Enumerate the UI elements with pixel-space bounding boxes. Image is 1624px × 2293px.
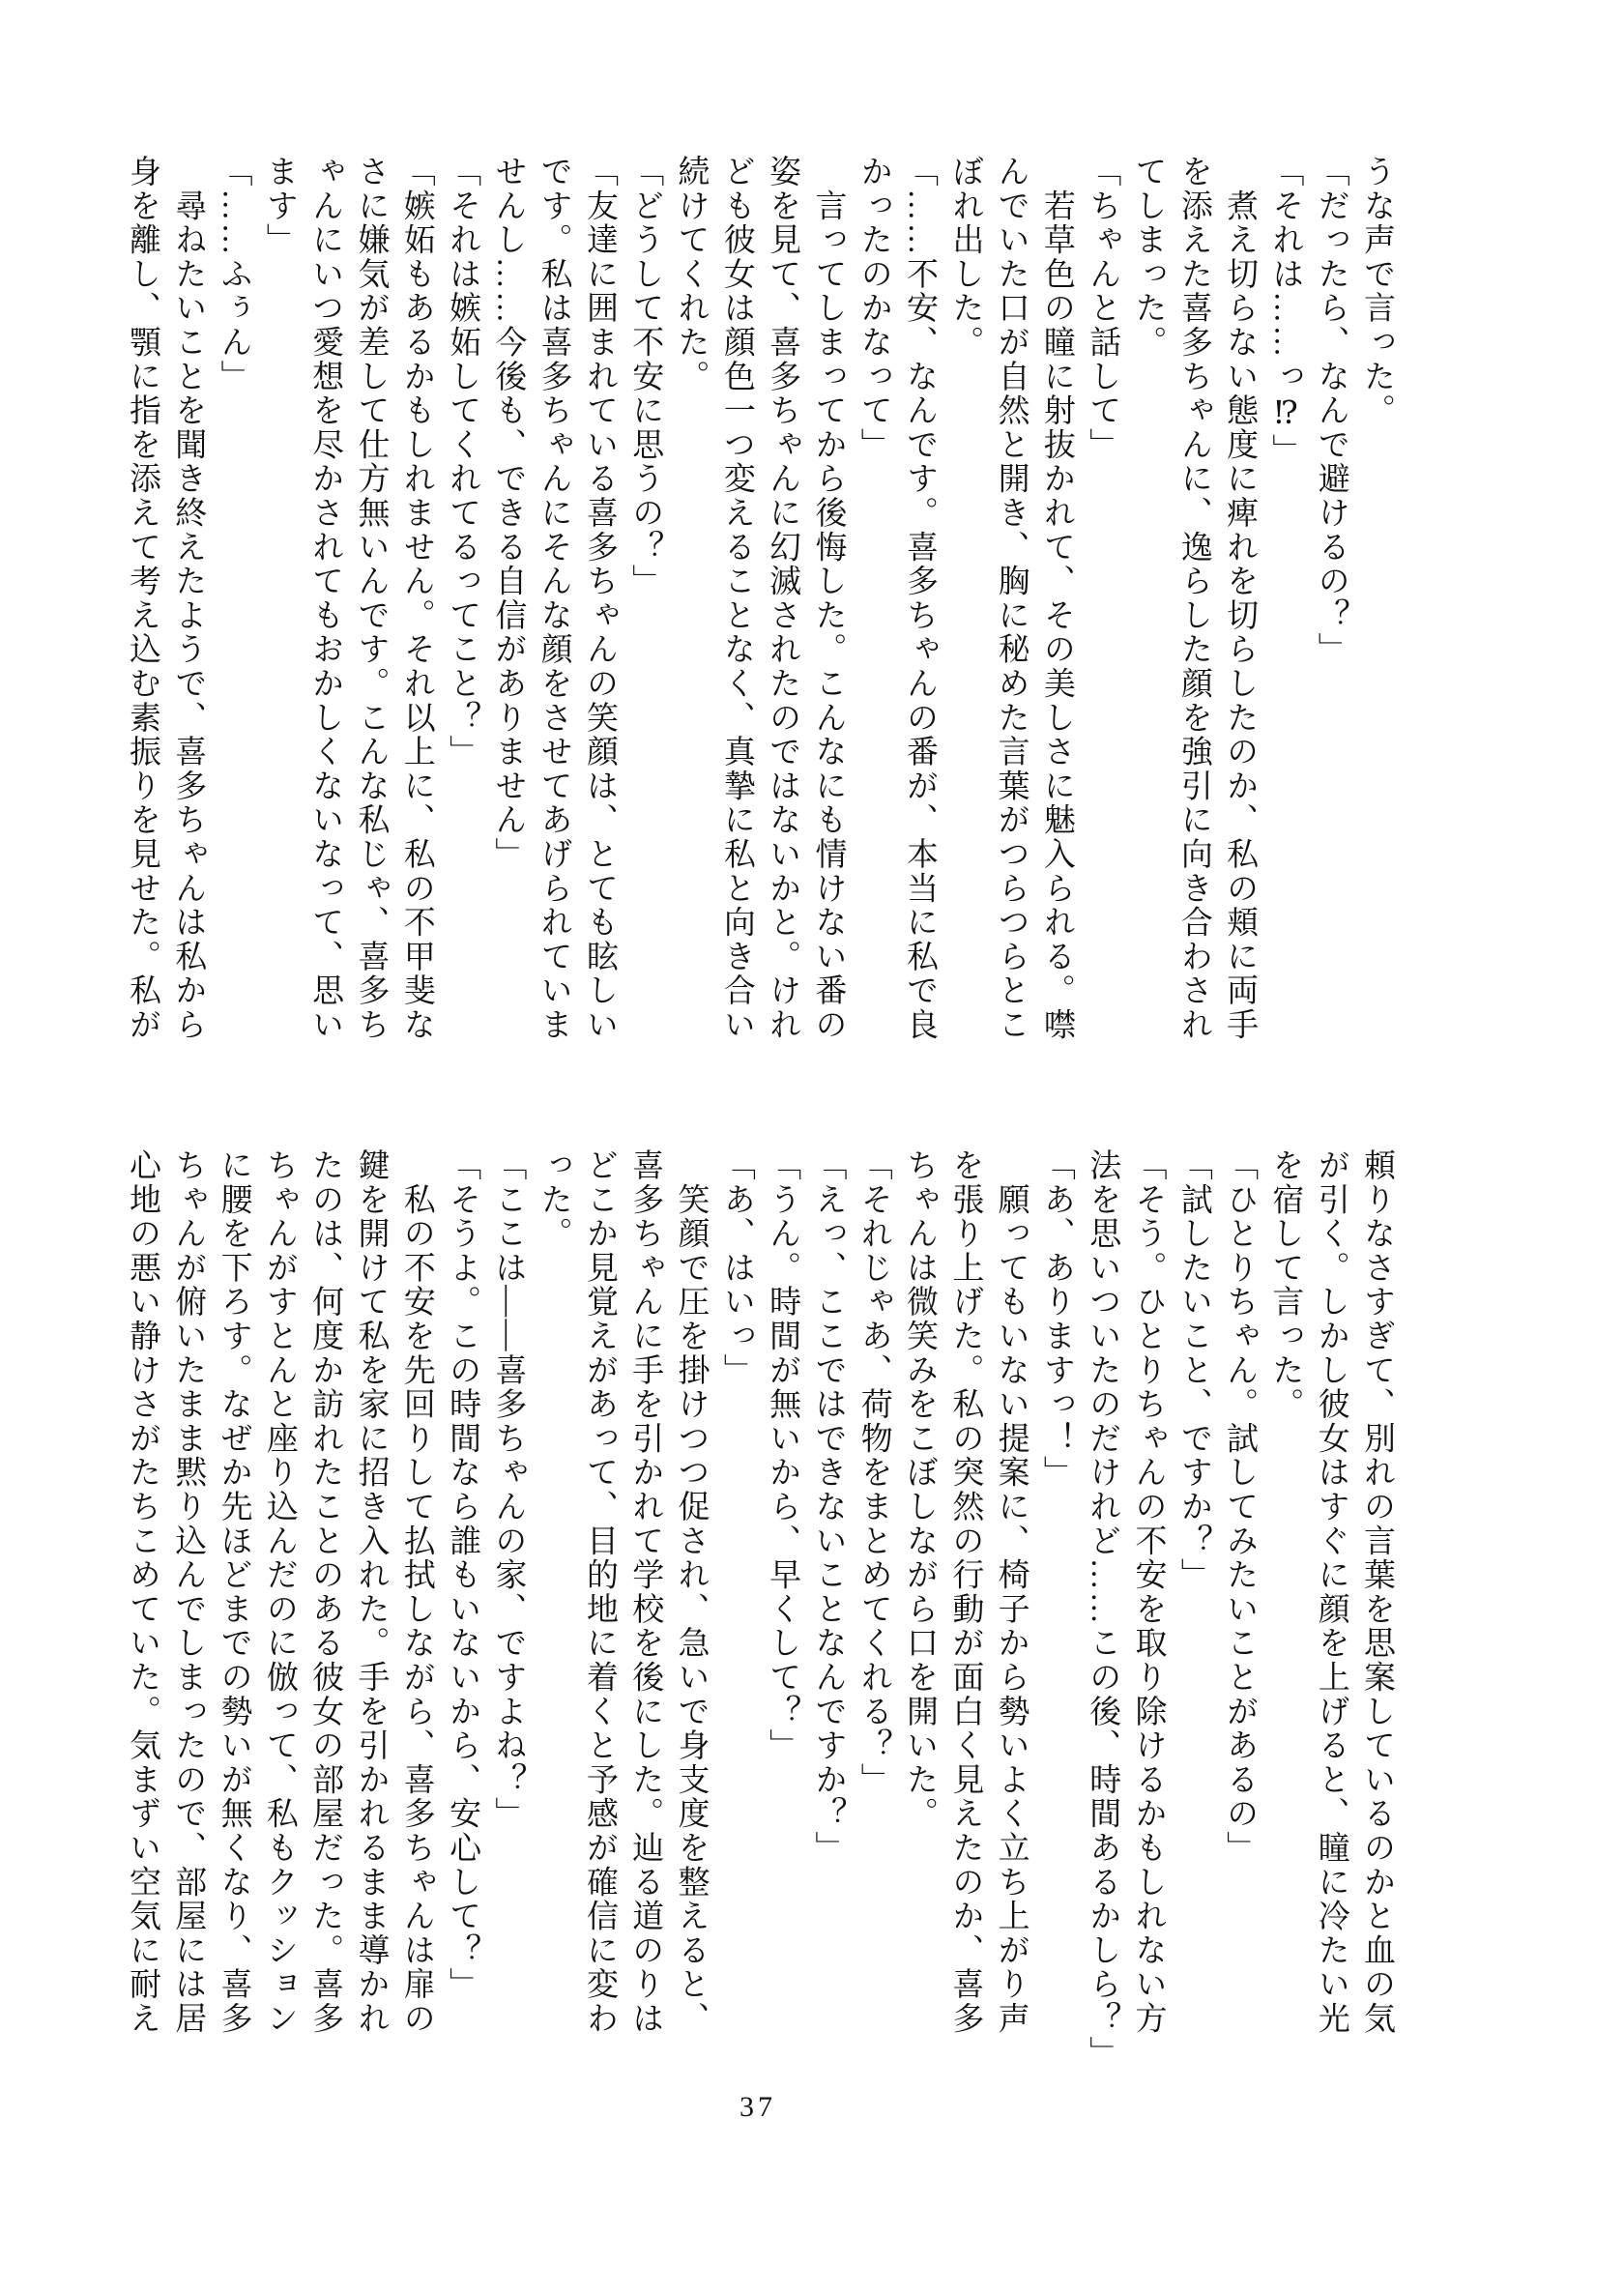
text-line: 「だったら、なんで避けるの？」 <box>1307 155 1352 1042</box>
text-line: 頼りなさすぎて、別れの言葉を思案しているのかと血の気 <box>1353 1148 1399 2036</box>
text-line: 言ってしまってから後悔した。こんなにも情けない番の <box>804 155 850 1042</box>
text-line: です。私は喜多ちゃんにそんな顔をさせてあげられていま <box>530 155 575 1042</box>
text-line: ぼれ出した。 <box>942 155 987 1042</box>
text-line: 「それは嫉妬してくれてるってこと？」 <box>439 155 484 1042</box>
text-line: たのは、何度か訪れたことのある彼女の部屋だった。喜多 <box>302 1148 347 2036</box>
text-line: さに嫌気が差して仕方無いんです。こんな私じゃ、喜多ち <box>347 155 392 1042</box>
text-line: 法を思いついたのだけれど……この後、時間あるかしら？」 <box>1079 1148 1124 2036</box>
text-line: 私の不安を先回りして払拭しながら、喜多ちゃんは扉の <box>392 1148 438 2036</box>
text-line: を添えた喜多ちゃんに、逸らした顔を強引に向き合わされ <box>1171 155 1216 1042</box>
text-line: った。 <box>530 1148 575 2036</box>
text-line: 「嫉妬もあるかもしれません。それ以上に、私の不甲斐な <box>392 155 438 1042</box>
text-line: ちゃんが俯いたまま黙り込んでしまったので、部屋には居 <box>164 1148 210 2036</box>
text-line: 「えっ、ここではできないことなんですか？」 <box>804 1148 850 2036</box>
text-line: てしまった。 <box>1124 155 1170 1042</box>
text-line: 尋ねたいことを聞き終えたようで、喜多ちゃんは私から <box>164 155 210 1042</box>
text-block-lower: 頼りなさすぎて、別れの言葉を思案しているのかと血の気が引く。しかし彼女はすぐに顔… <box>117 1148 1399 2036</box>
text-line: 願ってもいない提案に、椅子から勢いよく立ち上がり声 <box>987 1148 1032 2036</box>
text-line: 「それじゃあ、荷物をまとめてくれる？」 <box>850 1148 895 2036</box>
text-line: 「どうして不安に思うの？」 <box>622 155 667 1042</box>
text-line: 鍵を開けて私を家に招き入れた。手を引かれるまま導かれ <box>347 1148 392 2036</box>
text-line: を張り上げた。私の突然の行動が面白く見えたのか、喜多 <box>942 1148 987 2036</box>
text-line: 「……ふぅん」 <box>210 155 255 1042</box>
text-line: 「友達に囲まれている喜多ちゃんの笑顔は、とても眩しい <box>576 155 622 1042</box>
text-block-upper: うな声で言った。「だったら、なんで避けるの？」「それは……っ⁉」 煮え切らない態… <box>117 155 1399 1042</box>
page-number: 37 <box>117 2091 1399 2124</box>
text-line: 「うん。時間が無いから、早くして？」 <box>759 1148 804 2036</box>
text-line: 喜多ちゃんに手を引かれて学校を後にした。辿る道のりは <box>622 1148 667 2036</box>
text-line: せんし……今後も、できる自信がありません」 <box>484 155 530 1042</box>
text-line: 「あ、ありますっ！」 <box>1033 1148 1079 2036</box>
text-line: ます」 <box>256 155 302 1042</box>
text-line: 「そう。ひとりちゃんの不安を取り除けるかもしれない方 <box>1124 1148 1170 2036</box>
text-line: ども彼女は顔色一つ変えることなく、真摯に私と向き合い <box>713 155 759 1042</box>
text-line: 「……不安、なんです。喜多ちゃんの番が、本当に私で良 <box>896 155 942 1042</box>
text-line: 若草色の瞳に射抜かれて、その美しさに魅入られる。噤 <box>1033 155 1079 1042</box>
text-line: 心地の悪い静けさがたちこめていた。気まずい空気に耐え <box>119 1148 164 2036</box>
text-line: どこか見覚えがあって、目的地に着くと予感が確信に変わ <box>576 1148 622 2036</box>
text-line: を宿して言った。 <box>1261 1148 1307 2036</box>
text-line: 身を離し、顎に指を添えて考え込む素振りを見せた。私が <box>119 155 164 1042</box>
text-line: 「そうよ。この時間なら誰もいないから、安心して？」 <box>439 1148 484 2036</box>
text-line: ちゃんがすとんと座り込んだのに倣って、私もクッション <box>256 1148 302 2036</box>
text-line: 姿を見て、喜多ちゃんに幻滅されたのではないかと。けれ <box>759 155 804 1042</box>
text-line: うな声で言った。 <box>1353 155 1399 1042</box>
text-line: かったのかなって」 <box>850 155 895 1042</box>
text-line: 「ひとりちゃん。試してみたいことがあるの」 <box>1216 1148 1261 2036</box>
text-line: ちゃんは微笑みをこぼしながら口を開いた。 <box>896 1148 942 2036</box>
text-line: ゃんにいつ愛想を尽かされてもおかしくないなって、思い <box>302 155 347 1042</box>
text-line: 「試したいこと、ですか？」 <box>1171 1148 1216 2036</box>
text-line: 続けてくれた。 <box>667 155 712 1042</box>
text-line: 笑顔で圧を掛けつつ促され、急いで身支度を整えると、 <box>667 1148 712 2036</box>
text-line: 「ここは――喜多ちゃんの家、ですよね？」 <box>484 1148 530 2036</box>
text-line: 煮え切らない態度に痺れを切らしたのか、私の頬に両手 <box>1216 155 1261 1042</box>
text-line: が引く。しかし彼女はすぐに顔を上げると、瞳に冷たい光 <box>1307 1148 1352 2036</box>
text-line: 「あ、はいっ」 <box>713 1148 759 2036</box>
text-line: に腰を下ろす。なぜか先ほどまでの勢いが無くなり、喜多 <box>210 1148 255 2036</box>
text-line: 「それは……っ⁉」 <box>1261 155 1307 1042</box>
novel-page: うな声で言った。「だったら、なんで避けるの？」「それは……っ⁉」 煮え切らない態… <box>0 0 1624 2293</box>
text-line: んでいた口が自然と開き、胸に秘めた言葉がつらつらとこ <box>987 155 1032 1042</box>
text-line: 「ちゃんと話して」 <box>1079 155 1124 1042</box>
